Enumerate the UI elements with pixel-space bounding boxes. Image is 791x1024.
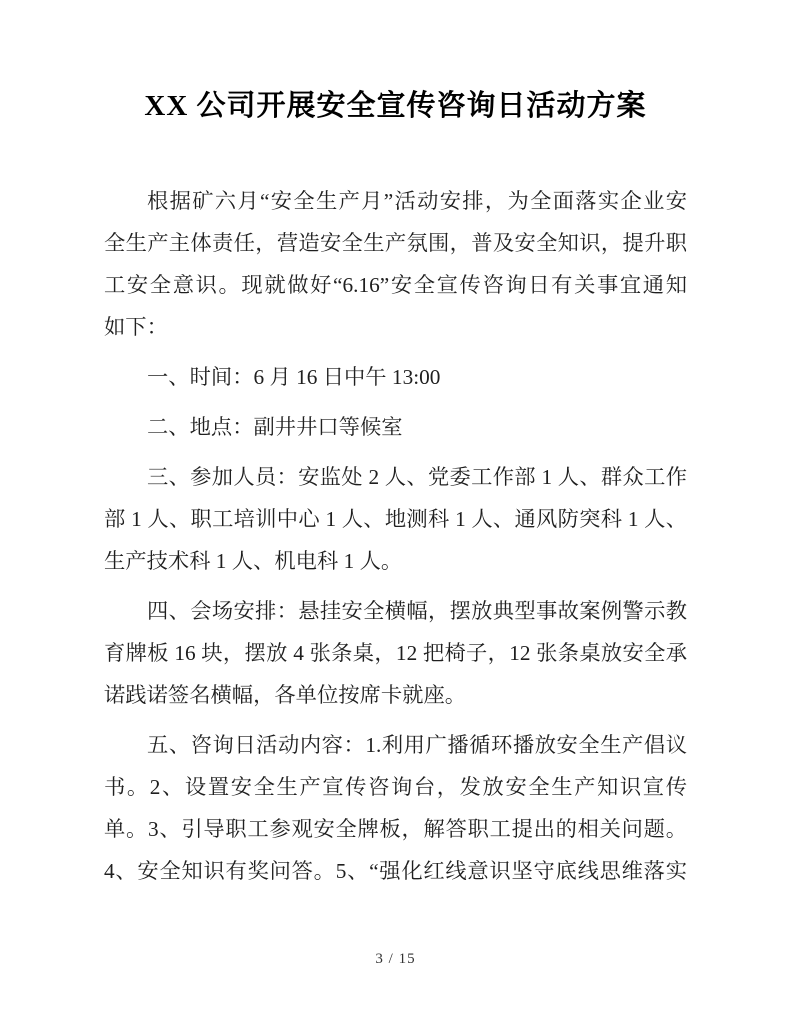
- text-line: 育牌板 16 块，摆放 4 张条桌，12 把椅子，12 张条桌放安全承: [104, 632, 687, 674]
- paragraph: 五、咨询日活动内容：1.利用广播循环播放安全生产倡议书。2、设置安全生产宣传咨询…: [104, 724, 687, 892]
- document-title: XX 公司开展安全宣传咨询日活动方案: [0, 86, 791, 126]
- paragraph: 根据矿六月“安全生产月”活动安排，为全面落实企业安全生产主体责任，营造安全生产氛…: [104, 180, 687, 348]
- text-line: 全生产主体责任，营造安全生产氛围，普及安全知识，提升职: [104, 222, 687, 264]
- text-line: 如下：: [104, 306, 687, 348]
- text-line: 五、咨询日活动内容：1.利用广播循环播放安全生产倡议: [104, 724, 687, 766]
- page-number: 3 / 15: [0, 951, 791, 968]
- document-body: 根据矿六月“安全生产月”活动安排，为全面落实企业安全生产主体责任，营造安全生产氛…: [104, 180, 687, 892]
- paragraph: 一、时间：6 月 16 日中午 13:00: [104, 356, 687, 398]
- text-line: 诺践诺签名横幅，各单位按席卡就座。: [104, 674, 687, 716]
- text-line: 一、时间：6 月 16 日中午 13:00: [104, 356, 687, 398]
- paragraph: 二、地点：副井井口等候室: [104, 406, 687, 448]
- text-line: 三、参加人员：安监处 2 人、党委工作部 1 人、群众工作: [104, 456, 687, 498]
- text-line: 工安全意识。现就做好“6.16”安全宣传咨询日有关事宜通知: [104, 264, 687, 306]
- text-line: 部 1 人、职工培训中心 1 人、地测科 1 人、通风防突科 1 人、: [104, 498, 687, 540]
- text-line: 根据矿六月“安全生产月”活动安排，为全面落实企业安: [104, 180, 687, 222]
- text-line: 书。2、设置安全生产宣传咨询台，发放安全生产知识宣传: [104, 766, 687, 808]
- document-page: XX 公司开展安全宣传咨询日活动方案 根据矿六月“安全生产月”活动安排，为全面落…: [0, 0, 791, 1024]
- paragraph: 三、参加人员：安监处 2 人、党委工作部 1 人、群众工作部 1 人、职工培训中…: [104, 456, 687, 582]
- paragraph: 四、会场安排：悬挂安全横幅，摆放典型事故案例警示教育牌板 16 块，摆放 4 张…: [104, 590, 687, 716]
- text-line: 4、安全知识有奖问答。5、“强化红线意识坚守底线思维落实: [104, 850, 687, 892]
- text-line: 单。3、引导职工参观安全牌板，解答职工提出的相关问题。: [104, 808, 687, 850]
- text-line: 二、地点：副井井口等候室: [104, 406, 687, 448]
- text-line: 生产技术科 1 人、机电科 1 人。: [104, 540, 687, 582]
- text-line: 四、会场安排：悬挂安全横幅，摆放典型事故案例警示教: [104, 590, 687, 632]
